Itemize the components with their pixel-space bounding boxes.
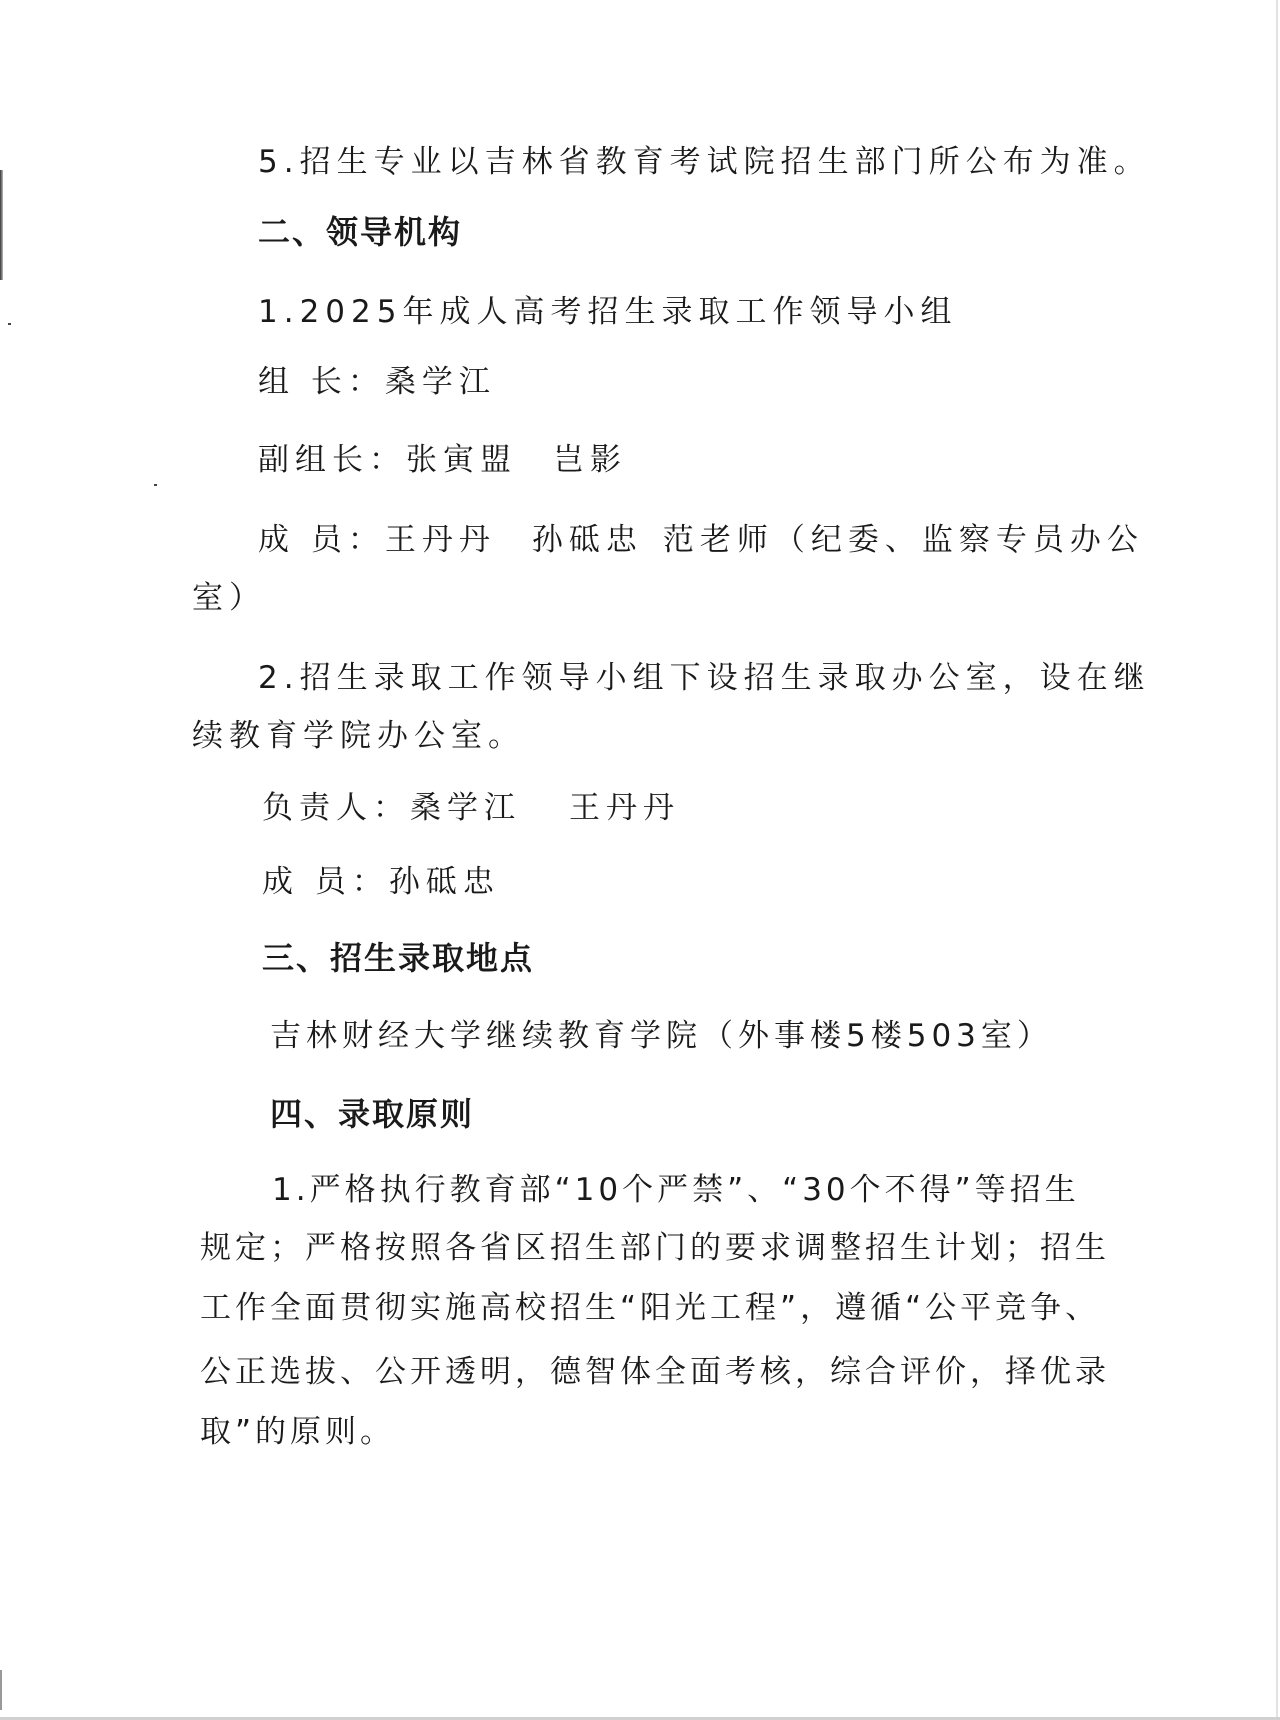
members-line: 成 员：王丹丹孙砥忠范老师（纪委、监察专员办公 <box>258 520 1144 560</box>
members-label: 成 员： <box>258 522 385 558</box>
members-line-wrap: 室） <box>192 578 266 618</box>
deputy-name: 岂影 <box>553 442 627 478</box>
office-members-line: 成 员：孙砥忠 <box>262 862 500 902</box>
office-members-label: 成 员： <box>262 864 389 900</box>
deputy-leader-line: 副组长：张寅盟岂影 <box>258 440 627 480</box>
leader-label: 组 长： <box>258 364 385 400</box>
scan-speck <box>8 323 11 325</box>
deputy-label: 副组长： <box>258 442 406 478</box>
responsible-name: 桑学江 <box>410 790 521 826</box>
principle-1-line-4: 公正选拔、公开透明，德智体全面考核，综合评价，择优录 <box>200 1352 1110 1392</box>
principle-1-line-3: 工作全面贯彻实施高校招生“阳光工程”，遵循“公平竞争、 <box>200 1288 1100 1328</box>
section-2-heading: 二、领导机构 <box>258 212 462 252</box>
principle-1-line-1: 1.严格执行教育部“10个严禁”、“30个不得”等招生 <box>272 1170 1080 1210</box>
scan-speck <box>154 484 157 486</box>
deputy-name: 张寅盟 <box>406 442 517 478</box>
responsible-label: 负责人： <box>262 790 410 826</box>
subsection-2-line-2: 续教育学院办公室。 <box>192 716 525 756</box>
scan-edge-shadow <box>0 1670 2 1710</box>
principle-1-line-5: 取”的原则。 <box>200 1412 395 1452</box>
section-3-heading: 三、招生录取地点 <box>262 938 534 978</box>
scan-edge-shadow <box>0 170 3 280</box>
responsible-name: 王丹丹 <box>569 790 680 826</box>
office-member-name: 孙砥忠 <box>389 864 500 900</box>
leader-line: 组 长：桑学江 <box>258 362 496 402</box>
responsible-line: 负责人：桑学江王丹丹 <box>262 788 680 828</box>
section-4-heading: 四、录取原则 <box>270 1094 474 1134</box>
item-5-text: 5.招生专业以吉林省教育考试院招生部门所公布为准。 <box>258 142 1151 182</box>
scanned-document-page: 5.招生专业以吉林省教育考试院招生部门所公布为准。 二、领导机构 1.2025年… <box>0 0 1280 1720</box>
member-name: 王丹丹 <box>385 522 496 558</box>
leader-name: 桑学江 <box>385 364 496 400</box>
member-name: 范老师（纪委、监察专员办公 <box>663 522 1144 558</box>
principle-1-line-2: 规定；严格按照各省区招生部门的要求调整招生计划；招生 <box>200 1228 1110 1268</box>
location-text: 吉林财经大学继续教育学院（外事楼5楼503室） <box>270 1016 1053 1056</box>
subsection-1-title: 1.2025年成人高考招生录取工作领导小组 <box>258 292 957 332</box>
subsection-2-line-1: 2.招生录取工作领导小组下设招生录取办公室，设在继 <box>258 658 1151 698</box>
scan-edge-right <box>1276 0 1278 1720</box>
member-name: 孙砥忠 <box>532 522 643 558</box>
